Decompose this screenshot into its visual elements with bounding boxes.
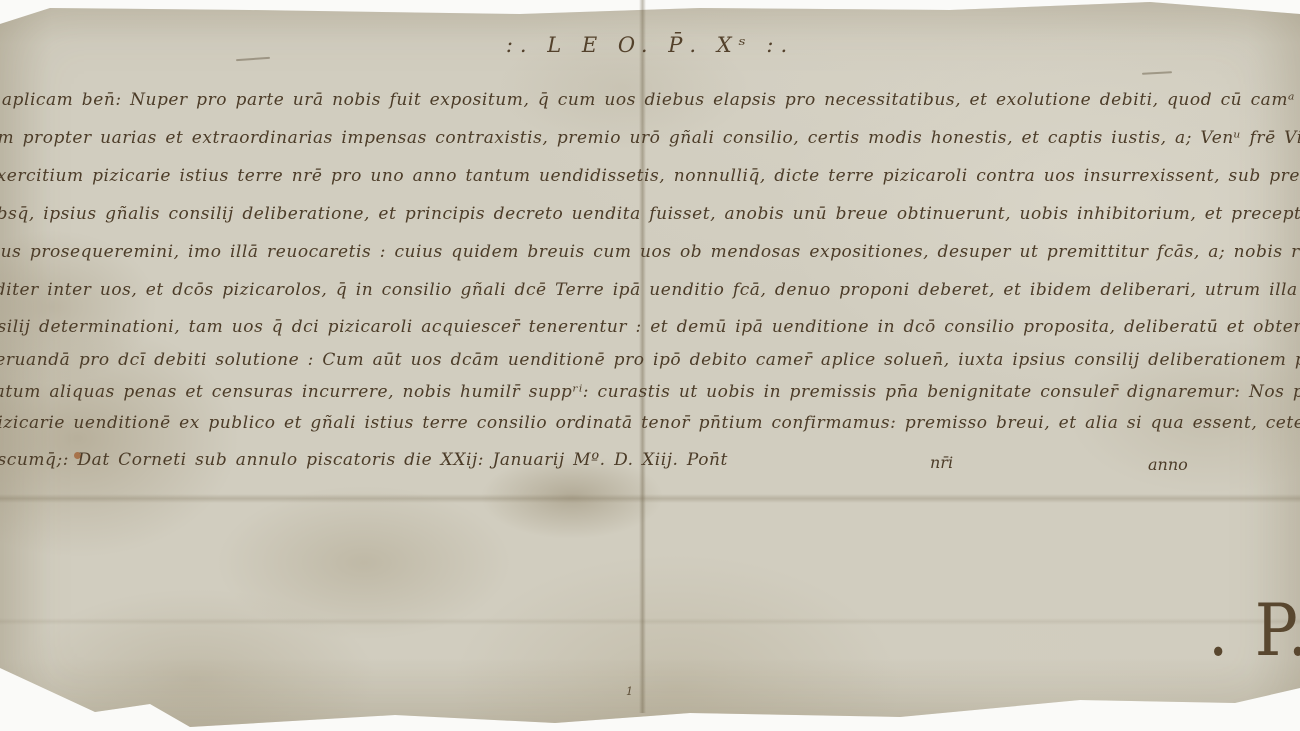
manuscript-line-6: rditer inter uos, et dcōs pizicarolos, q… <box>0 280 1300 300</box>
manuscript-line-5: rius prosequeremini, imo illā reuocareti… <box>0 242 1300 262</box>
manuscript-line-3: exercitium pizicarie istius terre nrē pr… <box>0 166 1300 186</box>
dateline-word-anno: anno <box>1148 455 1188 474</box>
document-heading-leo-x: :. L E O. P̄. Xˢ :. <box>0 33 1300 57</box>
manuscript-line-7: nsilij determinationi, tam uos q̄ dci pi… <box>0 317 1300 337</box>
dateline-datum-corneti: uscumq̄;: Dat Corneti sub annulo piscato… <box>0 450 728 470</box>
secretary-signature-pb: . P.B <box>1208 590 1300 673</box>
manuscript-line-8: seruandā pro dcī debiti solutione : Cum … <box>0 350 1300 370</box>
manuscript-line-10: pizicarie uenditionē ex publico et gñali… <box>0 413 1300 433</box>
manuscript-scan: :. L E O. P̄. Xˢ :. t aplicam ben̄: Nupe… <box>0 0 1300 731</box>
manuscript-line-1: t aplicam ben̄: Nuper pro parte urā nobi… <box>0 90 1300 110</box>
archival-mark: 1 <box>626 685 633 698</box>
dateline-word-nostri: nr̄i <box>930 453 953 472</box>
manuscript-line-4: absq̄, ipsius gñalis consilij deliberati… <box>0 204 1300 224</box>
manuscript-line-2: um propter uarias et extraordinarias imp… <box>0 128 1300 148</box>
manuscript-line-9: ratum aliquas penas et censuras incurrer… <box>0 382 1300 402</box>
